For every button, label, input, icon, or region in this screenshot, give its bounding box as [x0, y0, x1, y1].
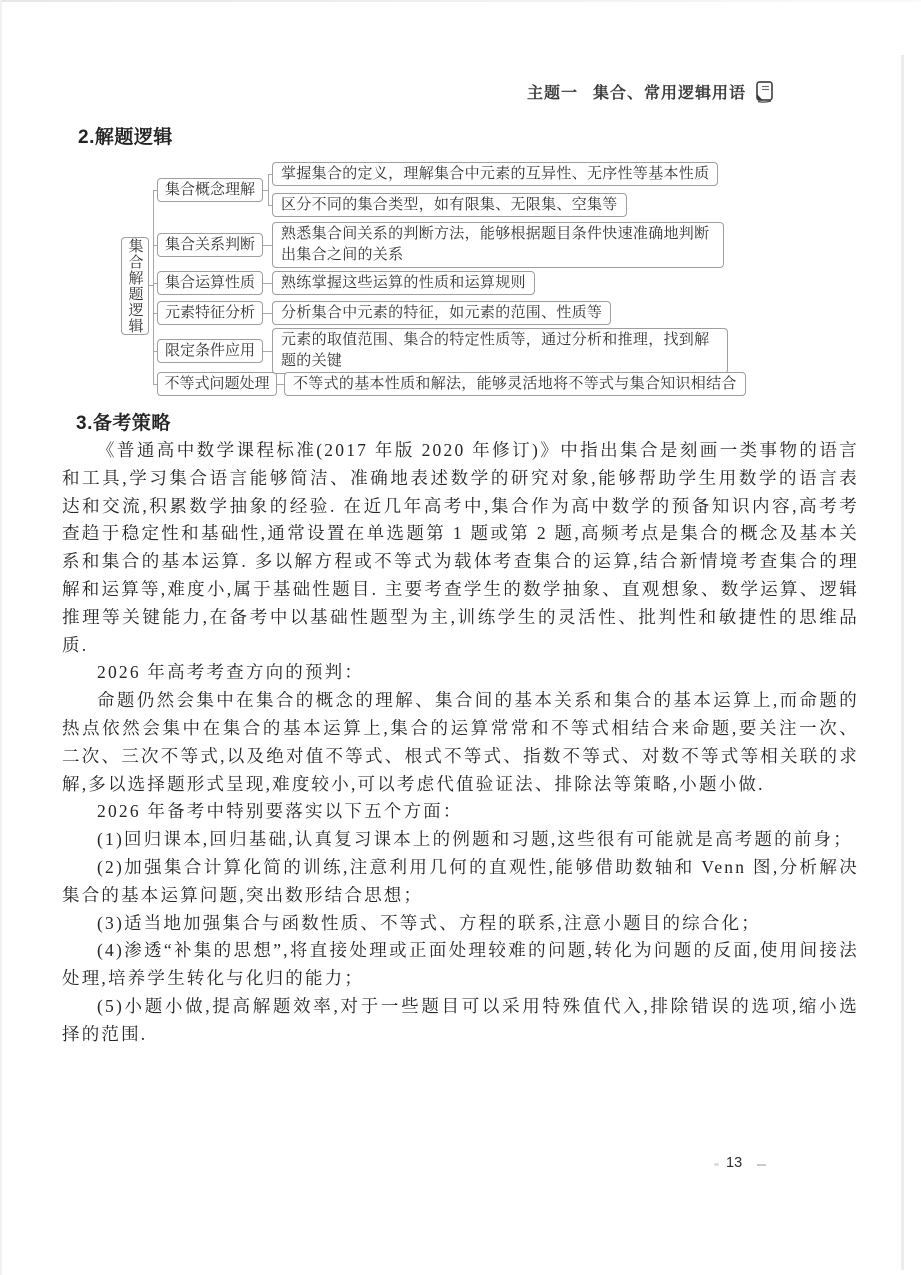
connector — [268, 205, 272, 206]
connector — [263, 351, 272, 352]
section3-body: 《普通高中数学课程标准(2017 年版 2020 年修订)》中指出集合是刻画一类… — [62, 437, 859, 1049]
theme-title: 集合、常用逻辑用语 — [593, 80, 746, 103]
connector — [153, 313, 157, 314]
paragraph: (2)加强集合计算化简的训练,注意利用几何的直观性,能够借助数轴和 Venn 图… — [62, 854, 859, 910]
diagram-branch-1: 集合概念理解 — [157, 178, 263, 202]
connector — [153, 351, 157, 352]
connector — [268, 174, 272, 175]
paragraph: 命题仍然会集中在集合的概念的理解、集合间的基本关系和集合的基本运算上,而命题的热… — [62, 687, 859, 798]
page-number: 13 — [726, 1155, 742, 1171]
paragraph: (1)回归课本,回归基础,认真复习课本上的例题和习题,这些很有可能就是高考题的前… — [62, 826, 859, 854]
diagram-branch-3: 集合运算性质 — [157, 271, 263, 295]
book-page: 主题一 集合、常用逻辑用语 2.解题逻辑 集合解题逻辑 集合概念理解 集合关系判… — [0, 0, 921, 1275]
diagram-branch-4: 元素特征分析 — [157, 301, 263, 325]
diagram-leaf-2: 熟悉集合间关系的判断方法，能够根据题目条件快速准确地判断出集合之间的关系 — [272, 222, 724, 268]
connector — [263, 313, 272, 314]
connector — [153, 190, 157, 191]
paragraph: (3)适当地加强集合与函数性质、不等式、方程的联系,注意小题目的综合化； — [62, 910, 859, 938]
paragraph: (4)渗透“补集的思想”,将直接处理或正面处理较难的问题,转化为问题的反面,使用… — [62, 937, 859, 993]
section2-title: 2.解题逻辑 — [78, 122, 173, 149]
logic-diagram: 集合解题逻辑 集合概念理解 集合关系判断 集合运算性质 元素特征分析 限定条件应… — [60, 155, 805, 410]
connector — [277, 384, 284, 385]
diagram-branch-5: 限定条件应用 — [157, 339, 263, 363]
diagram-leaf-4: 分析集合中元素的特征，如元素的范围、性质等 — [272, 301, 611, 325]
print-artifact — [757, 1164, 766, 1166]
paragraph: 《普通高中数学课程标准(2017 年版 2020 年修订)》中指出集合是刻画一类… — [62, 437, 859, 659]
book-icon — [754, 80, 775, 103]
paragraph: 2026 年备考中特别要落实以下五个方面： — [62, 798, 859, 826]
diagram-leaf-1a: 掌握集合的定义，理解集合中元素的互异性、无序性等基本性质 — [272, 162, 718, 186]
connector — [263, 283, 272, 284]
running-head: 主题一 集合、常用逻辑用语 — [527, 80, 775, 103]
connector — [153, 245, 157, 246]
diagram-branch-2: 集合关系判断 — [157, 233, 263, 257]
page-edge-left — [0, 0, 2, 1275]
diagram-root-node: 集合解题逻辑 — [121, 237, 149, 335]
diagram-leaf-6: 不等式的基本性质和解法，能够灵活地将不等式与集合知识相结合 — [284, 372, 746, 396]
diagram-leaf-3: 熟练掌握这些运算的性质和运算规则 — [272, 271, 535, 295]
section3-title: 3.备考策略 — [76, 408, 171, 435]
print-artifact — [714, 1163, 719, 1166]
connector — [153, 283, 157, 284]
connector — [268, 174, 269, 206]
paragraph: 2026 年高考考查方向的预判： — [62, 659, 859, 687]
diagram-leaf-1b: 区分不同的集合类型，如有限集、无限集、空集等 — [272, 193, 627, 217]
paragraph: (5)小题小做,提高解题效率,对于一些题目可以采用特殊值代入,排除错误的选项,缩… — [62, 993, 859, 1049]
connector — [153, 384, 157, 385]
connector — [263, 245, 272, 246]
diagram-leaf-5: 元素的取值范围、集合的特定性质等，通过分析和推理，找到解题的关键 — [272, 328, 728, 374]
theme-label: 主题一 — [527, 80, 578, 103]
page-edge-top — [0, 0, 921, 2]
page-scan-line — [901, 55, 904, 1270]
connector — [153, 190, 154, 385]
diagram-branch-6: 不等式问题处理 — [157, 372, 277, 396]
